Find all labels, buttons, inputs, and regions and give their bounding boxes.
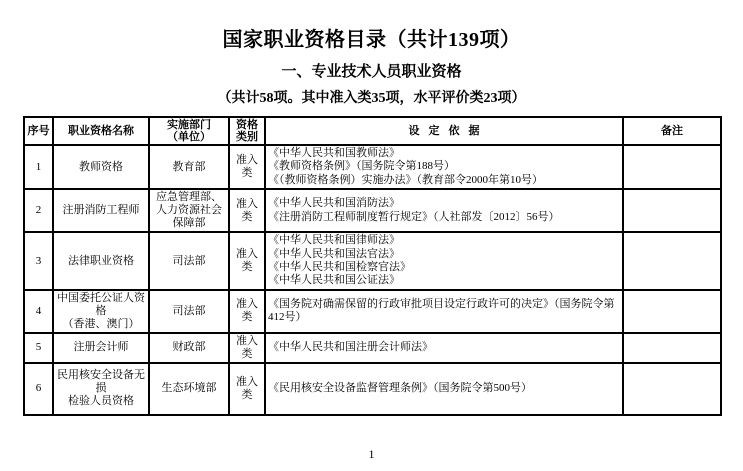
- cell-serial: 5: [24, 333, 53, 363]
- doc-title: 国家职业资格目录（共计139项）: [0, 0, 743, 52]
- header-serial: 序号: [24, 117, 53, 145]
- cell-basis: 《中华人民共和国教师法》 《教师资格条例》（国务院令第188号） 《（教师资格条…: [265, 145, 623, 189]
- table-row: 2 注册消防工程师 应急管理部、 人力资源社会保障部 准入类 《中华人民共和国消…: [24, 189, 721, 232]
- cell-remark: [623, 232, 721, 290]
- header-category: 资格 类别: [229, 117, 265, 145]
- cell-department: 应急管理部、 人力资源社会保障部: [149, 189, 229, 232]
- table-row: 1 教师资格 教育部 准入类 《中华人民共和国教师法》 《教师资格条例》（国务院…: [24, 145, 721, 189]
- cell-department: 司法部: [149, 232, 229, 290]
- cell-name: 教师资格: [53, 145, 149, 189]
- cell-category: 准入类: [229, 145, 265, 189]
- cell-remark: [623, 290, 721, 333]
- cell-name: 法律职业资格: [53, 232, 149, 290]
- cell-category: 准入类: [229, 333, 265, 363]
- cell-serial: 4: [24, 290, 53, 333]
- section-count-subtitle: （共计58项。其中准入类35项，水平评价类23项）: [0, 91, 743, 107]
- cell-category: 准入类: [229, 232, 265, 290]
- header-remark: 备注: [623, 117, 721, 145]
- table-row: 3 法律职业资格 司法部 准入类 《中华人民共和国律师法》 《中华人民共和国法官…: [24, 232, 721, 290]
- qualification-table: 序号 职业资格名称 实施部门 （单位） 资格 类别 设定依据 备注 1 教师资格…: [23, 116, 722, 416]
- page-number: 1: [0, 447, 743, 461]
- cell-name: 中国委托公证人资格 （香港、澳门）: [53, 290, 149, 333]
- cell-department: 生态环境部: [149, 363, 229, 415]
- cell-basis: 《中华人民共和国消防法》 《注册消防工程师制度暂行规定》（人社部发〔2012〕5…: [265, 189, 623, 232]
- cell-serial: 6: [24, 363, 53, 415]
- cell-department: 教育部: [149, 145, 229, 189]
- cell-category: 准入类: [229, 290, 265, 333]
- cell-remark: [623, 363, 721, 415]
- cell-serial: 3: [24, 232, 53, 290]
- cell-remark: [623, 333, 721, 363]
- section-title: 一、专业技术人员职业资格: [0, 64, 743, 81]
- cell-department: 司法部: [149, 290, 229, 333]
- cell-remark: [623, 145, 721, 189]
- cell-basis: 《国务院对确需保留的行政审批项目设定行政许可的决定》（国务院令第412号）: [265, 290, 623, 333]
- cell-serial: 1: [24, 145, 53, 189]
- cell-name: 注册消防工程师: [53, 189, 149, 232]
- header-basis: 设定依据: [265, 117, 623, 145]
- table-row: 4 中国委托公证人资格 （香港、澳门） 司法部 准入类 《国务院对确需保留的行政…: [24, 290, 721, 333]
- cell-name: 注册会计师: [53, 333, 149, 363]
- table-row: 5 注册会计师 财政部 准入类 《中华人民共和国注册会计师法》: [24, 333, 721, 363]
- cell-name: 民用核安全设备无损 检验人员资格: [53, 363, 149, 415]
- cell-basis: 《中华人民共和国律师法》 《中华人民共和国法官法》 《中华人民共和国检察官法》 …: [265, 232, 623, 290]
- cell-department: 财政部: [149, 333, 229, 363]
- header-qualification-name: 职业资格名称: [53, 117, 149, 145]
- cell-basis: 《民用核安全设备监督管理条例》（国务院令第500号）: [265, 363, 623, 415]
- table-row: 6 民用核安全设备无损 检验人员资格 生态环境部 准入类 《民用核安全设备监督管…: [24, 363, 721, 415]
- cell-category: 准入类: [229, 189, 265, 232]
- table-header-row: 序号 职业资格名称 实施部门 （单位） 资格 类别 设定依据 备注: [24, 117, 721, 145]
- cell-remark: [623, 189, 721, 232]
- cell-serial: 2: [24, 189, 53, 232]
- cell-basis: 《中华人民共和国注册会计师法》: [265, 333, 623, 363]
- header-department: 实施部门 （单位）: [149, 117, 229, 145]
- cell-category: 准入类: [229, 363, 265, 415]
